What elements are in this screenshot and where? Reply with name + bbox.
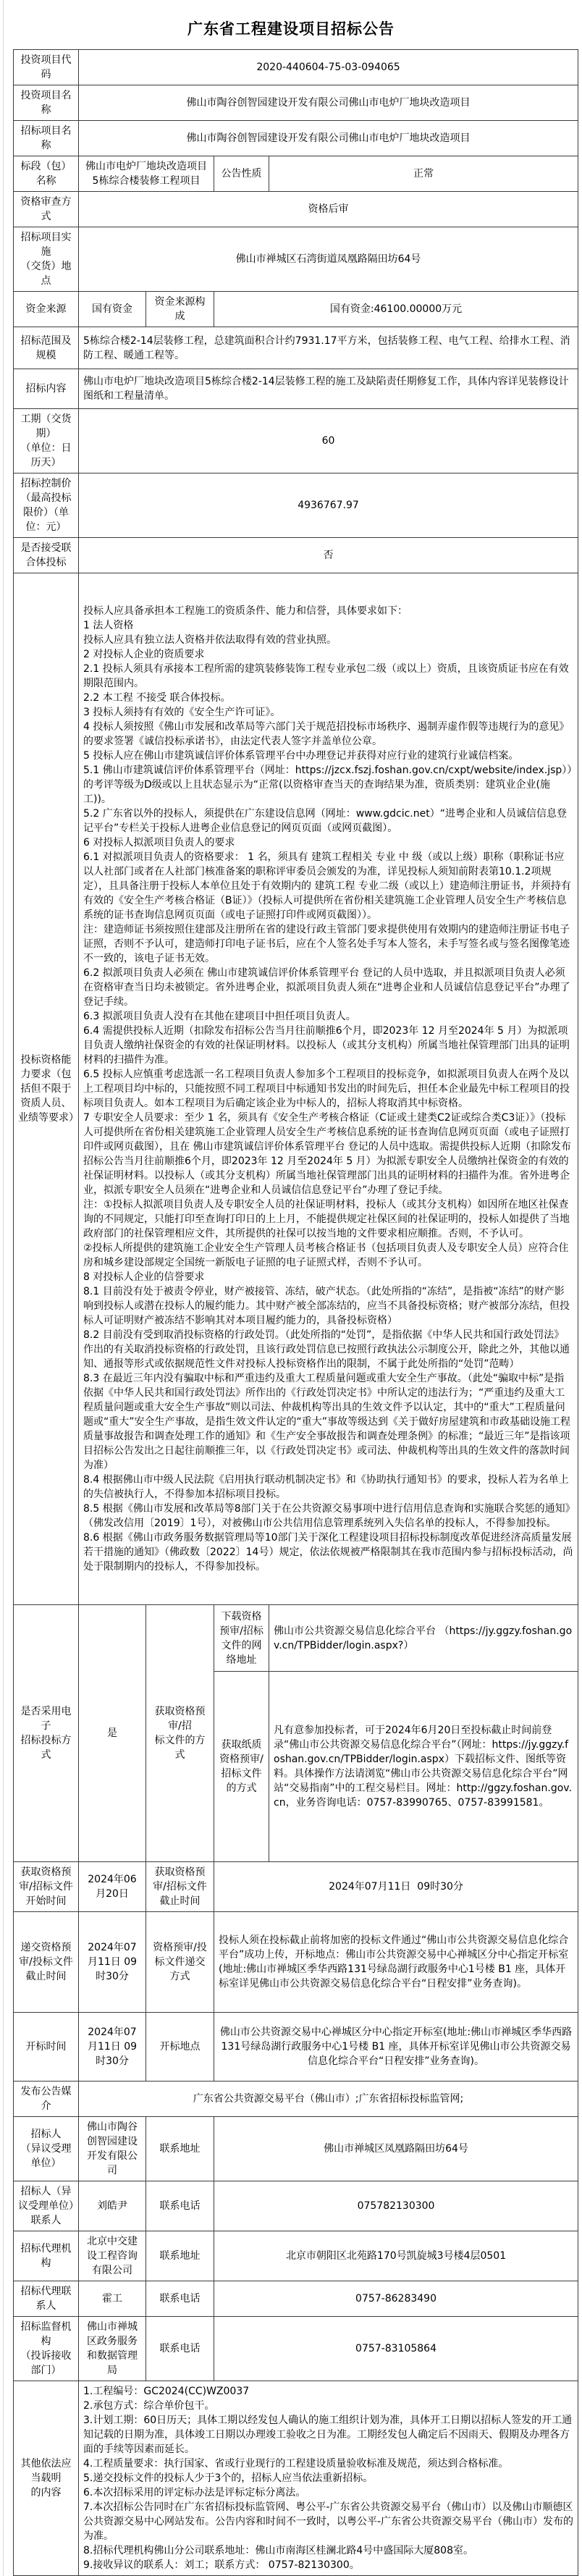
notice-nature-label: 公告性质	[214, 156, 269, 192]
location-value: 佛山市禅城区石湾街道凤凰路隔田坊64号	[79, 227, 578, 292]
duration-value: 60	[79, 409, 578, 473]
invest-name-label: 投资项目名称	[14, 85, 79, 121]
row-funds: 资金来源 国有资金 资金来源构成 国有资金:46100.00000万元	[14, 292, 578, 327]
tender-name-label: 招标项目名称	[14, 121, 79, 156]
supervisor-phone-value: 0757-83105864	[214, 2317, 578, 2381]
other-content-value: 1.工程编号：GC2024(CC)WZ0037 2.承包方式：综合单价包干。 3…	[79, 2381, 578, 2576]
obtain-end-label: 获取资格预审/招标文件截止时间	[146, 1862, 214, 1912]
announcement-table: 投资项目代码 2020-440604-75-03-094065 投资项目名称 佛…	[13, 49, 578, 2576]
row-tenderer-contact: 招标人（异议受理单位）联系人 刘皓尹 联系电话 075782130300	[14, 2181, 578, 2231]
row-media: 发布公告媒介 广东省公共资源交易平台（佛山市）;广东省招标投标监管网;	[14, 2082, 578, 2117]
supervisor-phone-label: 联系电话	[146, 2317, 214, 2381]
agency-contact-value: 霍工	[79, 2281, 146, 2317]
row-obtain-time: 获取资格预审/招标文件开始时间 2024年06月20日 获取资格预审/招标文件截…	[14, 1862, 578, 1912]
submit-deadline-value: 2024年07月11日 09时30分	[79, 1912, 146, 2013]
tender-name-value: 佛山市陶谷创智园建设开发有限公司佛山市电炉厂地块改造项目	[79, 121, 578, 156]
row-opening: 开标时间 2024年07月11日 09时30分 开标地点 佛山市公共资源交易中心…	[14, 2013, 578, 2082]
submit-method-value: 投标人须在投标截止前将加密的投标文件通过“佛山市公共资源交易信息化综合平台”成功…	[214, 1912, 578, 2013]
invest-code-value: 2020-440604-75-03-094065	[79, 50, 578, 85]
row-submit-deadline: 递交资格预审/投标文件截止时间 2024年07月11日 09时30分 资格预审/…	[14, 1912, 578, 2013]
opening-time-label: 开标时间	[14, 2013, 79, 2082]
agency-label: 招标代理机构	[14, 2231, 79, 2281]
joint-bid-label: 是否接受联合体投标	[14, 538, 79, 573]
row-qualification: 投标资格能力要求（包括但不限于资质人员、业绩等要求） 投标人应具备承担本工程施工…	[14, 573, 578, 1605]
agency-phone-label: 联系电话	[146, 2281, 214, 2317]
row-section: 标段（包）名称 佛山市电炉厂地块改造项目5栋综合楼装修工程项目 公告性质 正常	[14, 156, 578, 192]
scope-value: 5栋综合楼2-14层装修工程，总建筑面积合计约7931.17平方米，包括装修工程…	[79, 327, 578, 369]
row-e-bidding: 是否采用电子 招标投标方式 是 获取资格预审/招 标文件的方式 下载资格预审/招…	[14, 1605, 578, 1672]
media-label: 发布公告媒介	[14, 2082, 79, 2117]
obtain-method-label: 获取资格预审/招 标文件的方式	[146, 1605, 214, 1862]
tenderer-value: 佛山市陶谷创智园建设开发有限公司	[79, 2117, 146, 2181]
location-label: 招标项目实施 （交货）地点	[14, 227, 79, 292]
paper-method-value: 凡有意参加投标者，可于2024年6月20日至投标截止时间前登录“佛山市公共资源交…	[269, 1672, 578, 1862]
funds-label: 资金来源	[14, 292, 79, 327]
tenderer-label: 招标人 （异议受理单位）	[14, 2117, 79, 2181]
scope-label: 招标范围及规模	[14, 327, 79, 369]
obtain-start-value: 2024年06月20日	[79, 1862, 146, 1912]
qualification-value: 投标人应具备承担本工程施工的资质条件、能力和信誉，具体要求如下： 1 法人资格 …	[79, 573, 578, 1605]
section-value: 佛山市电炉厂地块改造项目5栋综合楼装修工程项目	[79, 156, 214, 192]
funds-composition-value: 国有资金:46100.00000万元	[214, 292, 578, 327]
joint-bid-value: 否	[79, 538, 578, 573]
content-value: 佛山市电炉厂地块改造项目5栋综合楼2-14层装修工程的施工及缺陷责任期修复工作，…	[79, 369, 578, 409]
row-price-limit: 招标控制价（最高投标限价）（单位：元） 4936767.97	[14, 473, 578, 538]
review-method-value: 资格后审	[79, 192, 578, 227]
agency-phone-value: 0757-86283490	[214, 2281, 578, 2317]
price-limit-label: 招标控制价（最高投标限价）（单位：元）	[14, 473, 79, 538]
submit-deadline-label: 递交资格预审/投标文件截止时间	[14, 1912, 79, 2013]
supervisor-value: 佛山市禅城区政务服务和数据管理局	[79, 2317, 146, 2381]
price-limit-value: 4936767.97	[79, 473, 578, 538]
invest-code-label: 投资项目代码	[14, 50, 79, 85]
agency-value: 北京中交建设工程咨询有限公司	[79, 2231, 146, 2281]
row-joint-bid: 是否接受联合体投标 否	[14, 538, 578, 573]
download-url-value: 佛山市公共资源交易信息化综合平台 （https://jy.ggzy.foshan…	[269, 1605, 578, 1672]
page-title: 广东省工程建设项目招标公告	[0, 0, 582, 49]
row-invest-name: 投资项目名称 佛山市陶谷创智园建设开发有限公司佛山市电炉厂地块改造项目	[14, 85, 578, 121]
opening-time-value: 2024年07月11日 09时30分	[79, 2013, 146, 2082]
page-edge-line	[3, 0, 4, 2576]
row-agency-contact: 招标代理联系人 霍工 联系电话 0757-86283490	[14, 2281, 578, 2317]
tenderer-phone-label: 联系电话	[146, 2181, 214, 2231]
supervisor-label: 招标监督机构 （投诉接收部门）	[14, 2317, 79, 2381]
row-supervisor: 招标监督机构 （投诉接收部门） 佛山市禅城区政务服务和数据管理局 联系电话 07…	[14, 2317, 578, 2381]
funds-composition-label: 资金来源构成	[146, 292, 214, 327]
content-label: 招标内容	[14, 369, 79, 409]
row-other-content: 其他依法应当载明 的内容 1.工程编号：GC2024(CC)WZ0037 2.承…	[14, 2381, 578, 2576]
agency-addr-value: 北京市朝阳区北苑路170号凯旋城3号楼4层0501	[214, 2231, 578, 2281]
agency-addr-label: 联系地址	[146, 2231, 214, 2281]
qualification-label: 投标资格能力要求（包括但不限于资质人员、业绩等要求）	[14, 573, 79, 1605]
media-value: 广东省公共资源交易平台（佛山市）;广东省招标投标监管网;	[79, 2082, 578, 2117]
row-invest-code: 投资项目代码 2020-440604-75-03-094065	[14, 50, 578, 85]
section-label: 标段（包）名称	[14, 156, 79, 192]
review-method-label: 资格审查方式	[14, 192, 79, 227]
row-tenderer: 招标人 （异议受理单位） 佛山市陶谷创智园建设开发有限公司 联系地址 佛山市禅城…	[14, 2117, 578, 2181]
e-bidding-label: 是否采用电子 招标投标方式	[14, 1605, 79, 1862]
notice-nature-value: 正常	[269, 156, 578, 192]
funds-value: 国有资金	[79, 292, 146, 327]
other-content-label: 其他依法应当载明 的内容	[14, 2381, 79, 2576]
paper-method-label: 获取纸质资格预审/招标文件的方式	[214, 1672, 269, 1862]
row-tender-name: 招标项目名称 佛山市陶谷创智园建设开发有限公司佛山市电炉厂地块改造项目	[14, 121, 578, 156]
row-agency: 招标代理机构 北京中交建设工程咨询有限公司 联系地址 北京市朝阳区北苑路170号…	[14, 2231, 578, 2281]
row-review-method: 资格审查方式 资格后审	[14, 192, 578, 227]
duration-label: 工期（交货期） （单位：日历天）	[14, 409, 79, 473]
opening-place-label: 开标地点	[146, 2013, 214, 2082]
submit-method-label: 资格预审/投标文件递交方式	[146, 1912, 214, 2013]
row-location: 招标项目实施 （交货）地点 佛山市禅城区石湾街道凤凰路隔田坊64号	[14, 227, 578, 292]
tenderer-addr-label: 联系地址	[146, 2117, 214, 2181]
obtain-start-label: 获取资格预审/招标文件开始时间	[14, 1862, 79, 1912]
invest-name-value: 佛山市陶谷创智园建设开发有限公司佛山市电炉厂地块改造项目	[79, 85, 578, 121]
agency-contact-label: 招标代理联系人	[14, 2281, 79, 2317]
obtain-end-value: 2024年07月11日 09时30分	[214, 1862, 578, 1912]
row-content: 招标内容 佛山市电炉厂地块改造项目5栋综合楼2-14层装修工程的施工及缺陷责任期…	[14, 369, 578, 409]
row-duration: 工期（交货期） （单位：日历天） 60	[14, 409, 578, 473]
tenderer-phone-value: 075782130300	[214, 2181, 578, 2231]
opening-place-value: 佛山市公共资源交易中心禅城区分中心指定开标室(地址:佛山市禅城区季华西路131号…	[214, 2013, 578, 2082]
download-url-label: 下载资格预审/招标文件的网络地址	[214, 1605, 269, 1672]
tenderer-addr-value: 佛山市禅城区凤凰路隔田坊64号	[214, 2117, 578, 2181]
tenderer-contact-label: 招标人（异议受理单位）联系人	[14, 2181, 79, 2231]
e-bidding-value: 是	[79, 1605, 146, 1862]
tenderer-contact-value: 刘皓尹	[79, 2181, 146, 2231]
row-scope: 招标范围及规模 5栋综合楼2-14层装修工程，总建筑面积合计约7931.17平方…	[14, 327, 578, 369]
